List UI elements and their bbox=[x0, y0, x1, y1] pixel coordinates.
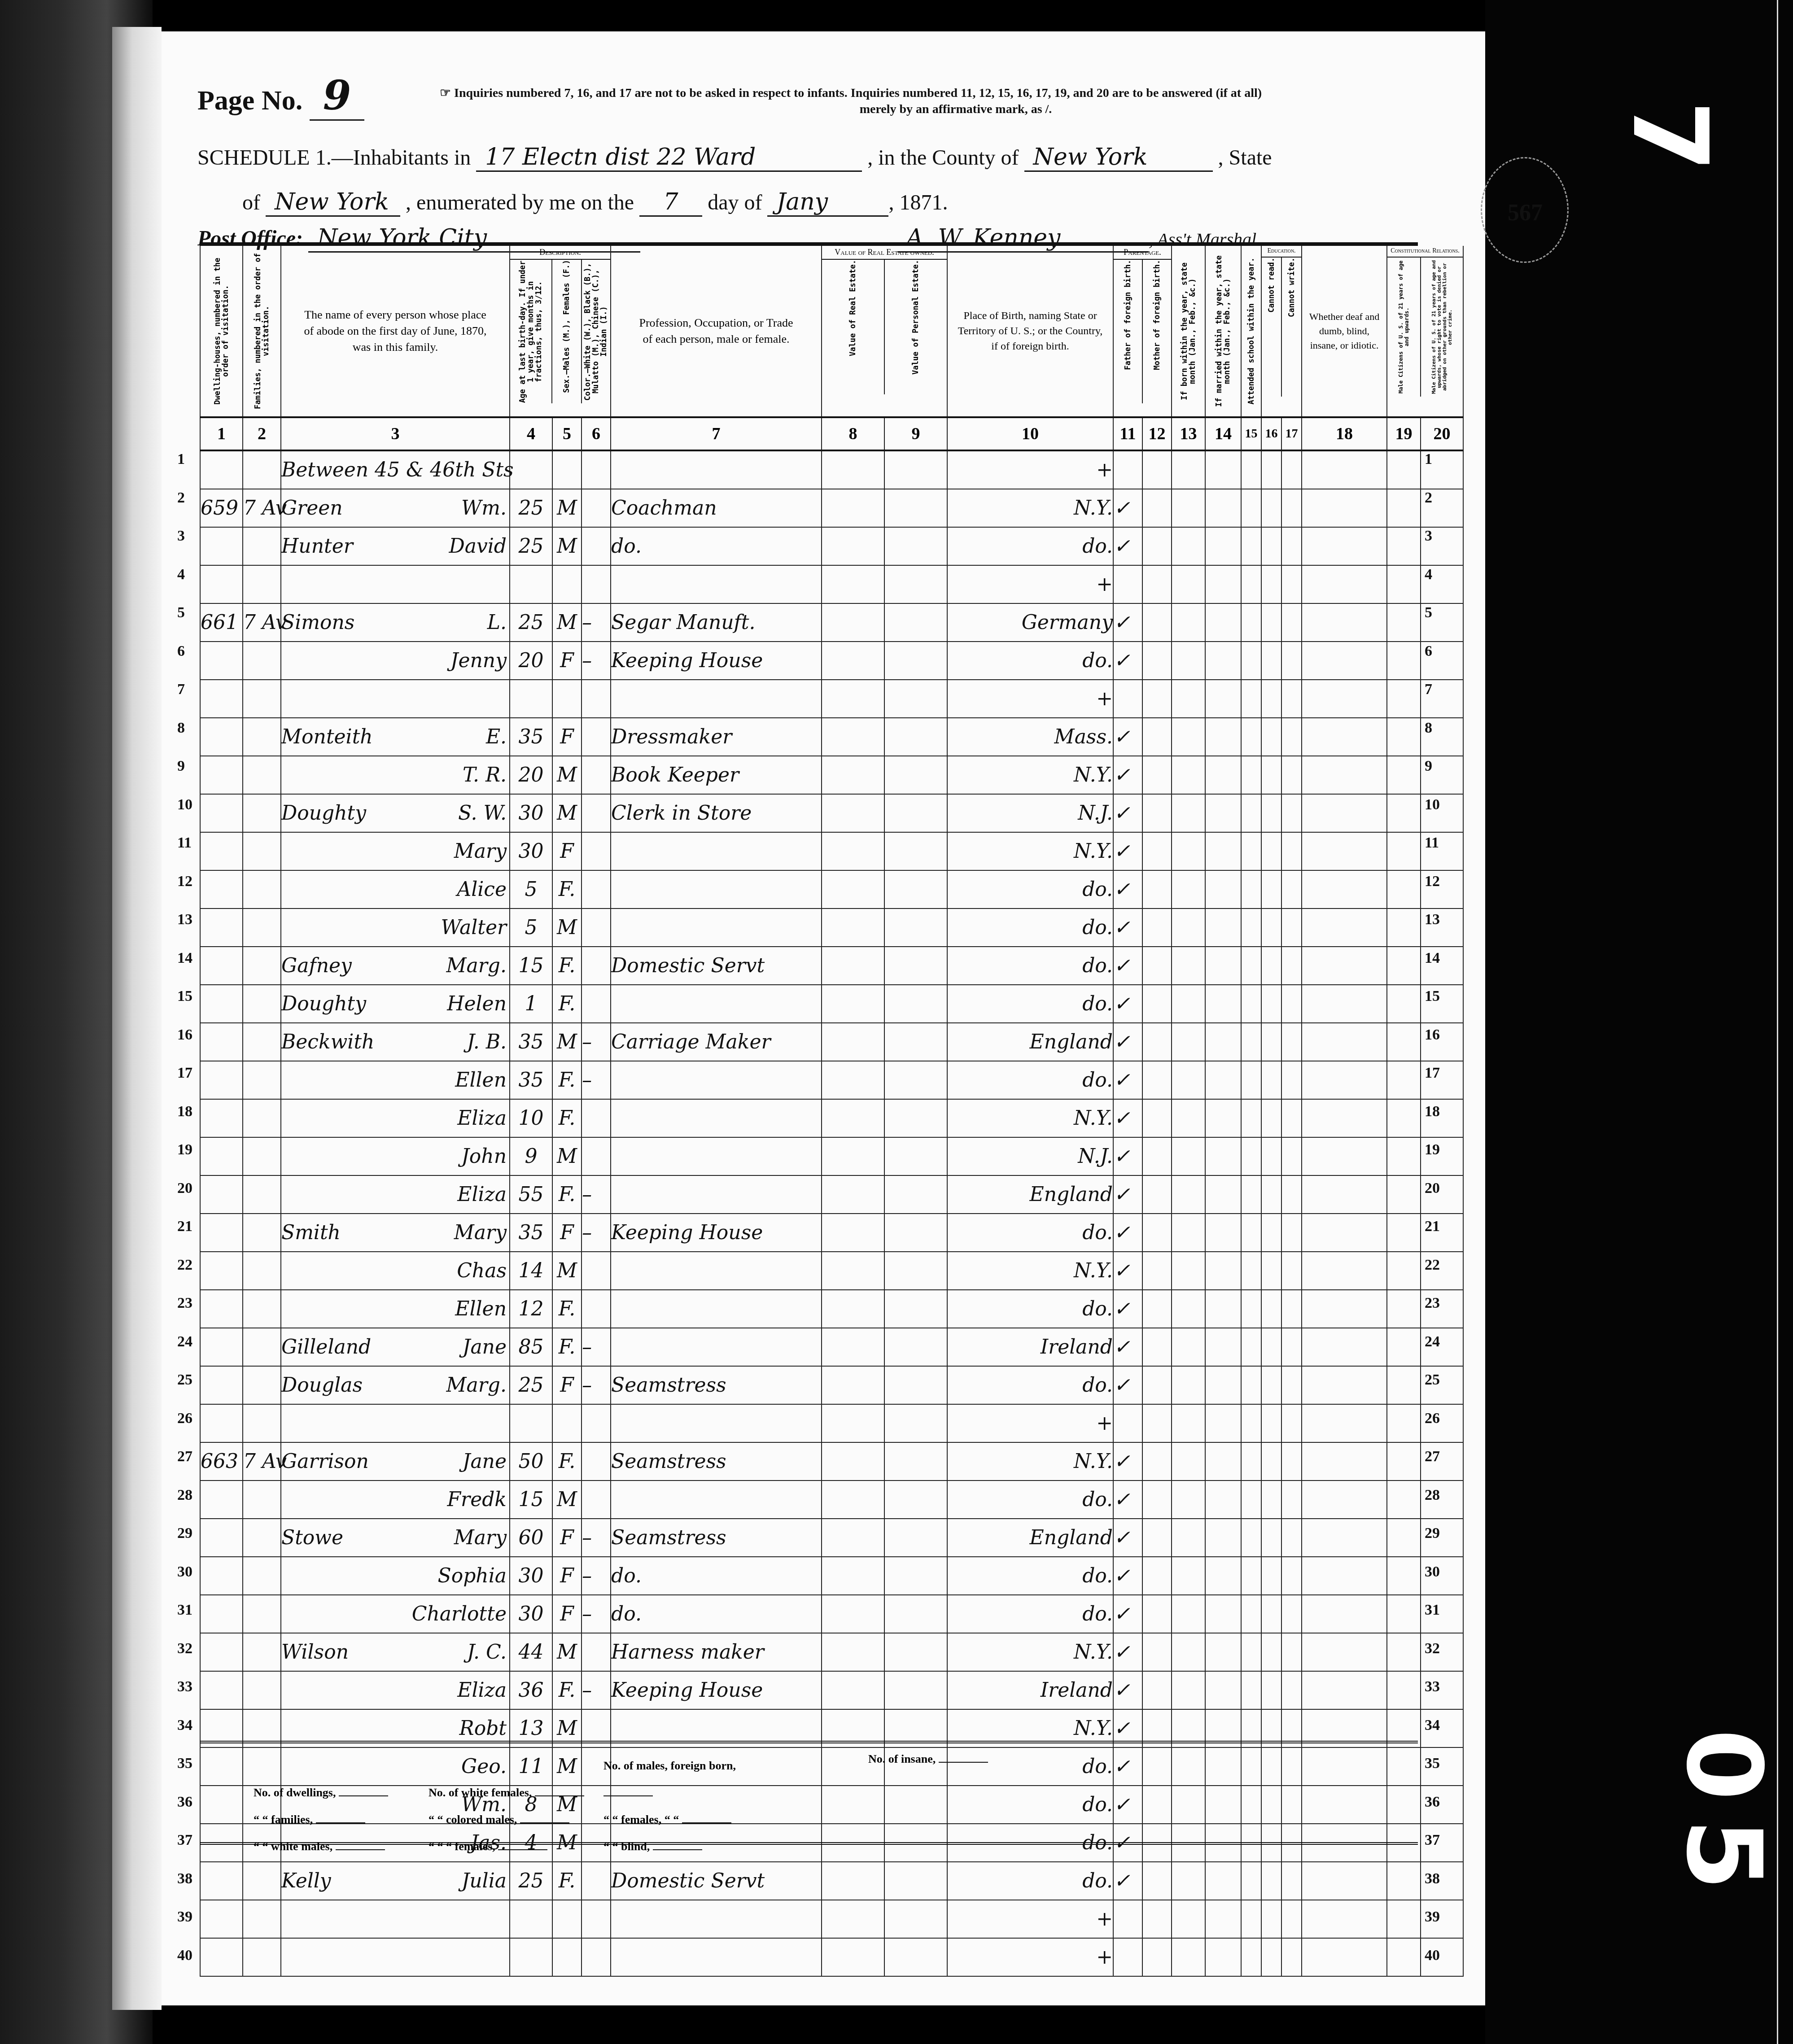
given-name: T. R. bbox=[463, 764, 509, 786]
instructions: ☞ Inquiries numbered 7, 16, and 17 are n… bbox=[440, 85, 1472, 118]
person-name-cell: JaneGarrison bbox=[281, 1442, 510, 1481]
col-header-14: If married within the year, state month … bbox=[1205, 246, 1241, 417]
line-number-left: 14 bbox=[177, 950, 192, 967]
personal-estate-value-cell bbox=[884, 489, 947, 527]
line-number-left: 33 bbox=[177, 1678, 192, 1695]
real-estate-value-cell bbox=[822, 1442, 884, 1481]
cannot-write-cell bbox=[1281, 947, 1302, 985]
born-within-year-cell bbox=[1172, 908, 1205, 947]
married-within-year-cell bbox=[1205, 1404, 1241, 1442]
census-row: Ellen35F.–do.✓ bbox=[200, 1061, 1463, 1099]
day-field: 7 bbox=[639, 188, 702, 217]
age-cell: 35 bbox=[510, 718, 552, 756]
given-name: Julia bbox=[462, 1869, 509, 1892]
occupation-cell: Domestic Servt bbox=[611, 1862, 822, 1900]
color-cell bbox=[582, 1633, 611, 1671]
given-name: Jane bbox=[463, 1450, 509, 1473]
given-name: Marg. bbox=[446, 1374, 509, 1397]
given-name: Chas bbox=[457, 1259, 509, 1282]
given-name: Eliza bbox=[457, 1107, 509, 1130]
age-cell: 30 bbox=[510, 1595, 552, 1633]
page-summary: No. of dwellings, No. of white females, … bbox=[200, 1741, 1418, 1845]
mother-foreign-cell bbox=[1142, 1671, 1172, 1709]
surname: Wilson bbox=[281, 1641, 349, 1664]
schedule-label: SCHEDULE 1.—Inhabitants in bbox=[197, 146, 471, 170]
given-name: Mary bbox=[454, 1526, 509, 1549]
line-number-right: 33 bbox=[1425, 1678, 1440, 1695]
attended-school-cell bbox=[1241, 1099, 1261, 1137]
sex-cell: F. bbox=[552, 947, 582, 985]
age-cell: 14 bbox=[510, 1252, 552, 1290]
disability-cell bbox=[1302, 450, 1387, 489]
personal-estate-value-cell bbox=[884, 603, 947, 642]
personal-estate-value-cell bbox=[884, 1595, 947, 1633]
personal-estate-value-cell bbox=[884, 1137, 947, 1175]
age-cell: 1 bbox=[510, 985, 552, 1023]
real-estate-value-cell bbox=[822, 527, 884, 565]
given-name: Ellen bbox=[455, 1297, 509, 1320]
cannot-read-cell bbox=[1261, 1938, 1281, 1976]
sex-cell: F bbox=[552, 832, 582, 870]
col-header-16: Cannot read. bbox=[1268, 258, 1276, 313]
father-foreign-cell: ✓ bbox=[1113, 1137, 1142, 1175]
family-number-cell bbox=[243, 1214, 281, 1252]
birthplace-cell: N.Y. bbox=[947, 1442, 1113, 1481]
line-number-right: 26 bbox=[1425, 1410, 1440, 1427]
sex-cell: M bbox=[552, 1137, 582, 1175]
occupation-cell: Clerk in Store bbox=[611, 794, 822, 832]
sex-cell: M bbox=[552, 1481, 582, 1519]
parentage-label: Parentage. bbox=[1114, 246, 1171, 260]
father-foreign-cell: ✓ bbox=[1113, 1633, 1142, 1671]
attended-school-cell bbox=[1241, 1938, 1261, 1976]
cannot-write-cell bbox=[1281, 1214, 1302, 1252]
occupation-cell bbox=[611, 1290, 822, 1328]
color-cell bbox=[582, 1137, 611, 1175]
mother-foreign-cell bbox=[1142, 1633, 1172, 1671]
born-within-year-cell bbox=[1172, 870, 1205, 908]
cannot-read-cell bbox=[1261, 947, 1281, 985]
line-number-left: 35 bbox=[177, 1755, 192, 1772]
line-number-left: 34 bbox=[177, 1717, 192, 1734]
sex-cell bbox=[552, 680, 582, 718]
occupation-cell: Seamstress bbox=[611, 1442, 822, 1481]
father-foreign-cell: ✓ bbox=[1113, 1175, 1142, 1214]
birthplace-cell: do. bbox=[947, 527, 1113, 565]
born-within-year-cell bbox=[1172, 718, 1205, 756]
disability-cell bbox=[1302, 489, 1387, 527]
year-field: , 1871. bbox=[888, 191, 948, 214]
color-cell: – bbox=[582, 1671, 611, 1709]
age-cell bbox=[510, 1938, 552, 1976]
family-number-cell: 7 Av bbox=[243, 603, 281, 642]
description-group: Description. Age at last birth-day. If u… bbox=[510, 246, 611, 417]
age-cell bbox=[510, 450, 552, 489]
census-row: S. W.Doughty30MClerk in StoreN.J.✓ bbox=[200, 794, 1463, 832]
line-number-right: 4 bbox=[1425, 566, 1432, 583]
census-row: John9MN.J.✓ bbox=[200, 1137, 1463, 1175]
line-number-left: 22 bbox=[177, 1257, 192, 1274]
father-foreign-cell: ✓ bbox=[1113, 527, 1142, 565]
line-number-right: 31 bbox=[1425, 1602, 1440, 1619]
birthplace-cell: do. bbox=[947, 947, 1113, 985]
real-estate-value-cell bbox=[822, 1214, 884, 1252]
male-citizen-cell bbox=[1387, 680, 1421, 718]
line-number-left: 25 bbox=[177, 1371, 192, 1389]
occupation-cell bbox=[611, 1061, 822, 1099]
person-name-cell: Mary bbox=[281, 832, 510, 870]
age-cell: 20 bbox=[510, 642, 552, 680]
cannot-read-cell bbox=[1261, 642, 1281, 680]
header-rule bbox=[200, 242, 1418, 246]
surname: Gilleland bbox=[281, 1336, 371, 1358]
mother-foreign-cell bbox=[1142, 1214, 1172, 1252]
birthplace-cell: do. bbox=[947, 908, 1113, 947]
married-within-year-cell bbox=[1205, 1595, 1241, 1633]
personal-estate-value-cell bbox=[884, 1938, 947, 1976]
married-within-year-cell bbox=[1205, 832, 1241, 870]
occupation-cell bbox=[611, 1481, 822, 1519]
father-foreign-cell: ✓ bbox=[1113, 985, 1142, 1023]
mother-foreign-cell bbox=[1142, 1900, 1172, 1938]
father-foreign-cell: ✓ bbox=[1113, 794, 1142, 832]
occupation-cell bbox=[611, 680, 822, 718]
line-number-right: 8 bbox=[1425, 720, 1432, 737]
cannot-write-cell bbox=[1281, 1252, 1302, 1290]
census-row: Jenny20F–Keeping Housedo.✓ bbox=[200, 642, 1463, 680]
previous-page-edge bbox=[112, 27, 162, 2010]
cannot-read-cell bbox=[1261, 1481, 1281, 1519]
surname: Gafney bbox=[281, 954, 352, 977]
dwelling-number-cell bbox=[200, 1900, 243, 1938]
mother-foreign-cell bbox=[1142, 1557, 1172, 1595]
age-cell bbox=[510, 680, 552, 718]
given-name: Sophia bbox=[438, 1564, 509, 1587]
dwelling-number-cell bbox=[200, 1175, 243, 1214]
cannot-write-cell bbox=[1281, 1137, 1302, 1175]
person-name-cell bbox=[281, 1938, 510, 1976]
personal-estate-value-cell bbox=[884, 1633, 947, 1671]
mother-foreign-cell bbox=[1142, 1481, 1172, 1519]
male-citizen-cell bbox=[1387, 1366, 1421, 1404]
father-foreign-cell bbox=[1113, 1938, 1142, 1976]
surname: Stowe bbox=[281, 1526, 343, 1549]
family-number-cell bbox=[243, 527, 281, 565]
line-number-right: 38 bbox=[1425, 1870, 1440, 1887]
cannot-write-cell bbox=[1281, 985, 1302, 1023]
mother-foreign-cell bbox=[1142, 1061, 1172, 1099]
mother-foreign-cell bbox=[1142, 947, 1172, 985]
male-citizen-cell bbox=[1387, 1061, 1421, 1099]
married-within-year-cell bbox=[1205, 1137, 1241, 1175]
birthplace-cell: England bbox=[947, 1023, 1113, 1061]
person-name-cell: E.Monteith bbox=[281, 718, 510, 756]
line-number-left: 3 bbox=[177, 528, 185, 545]
color-cell: – bbox=[582, 1023, 611, 1061]
disability-cell bbox=[1302, 527, 1387, 565]
line-number-left: 10 bbox=[177, 796, 192, 813]
birthplace-cell: do. bbox=[947, 985, 1113, 1023]
born-within-year-cell bbox=[1172, 1252, 1205, 1290]
line-number-left: 32 bbox=[177, 1640, 192, 1657]
married-within-year-cell bbox=[1205, 565, 1241, 603]
cannot-write-cell bbox=[1281, 1023, 1302, 1061]
male-citizen-cell bbox=[1387, 1633, 1421, 1671]
father-foreign-cell: ✓ bbox=[1113, 870, 1142, 908]
birthplace-cell: + bbox=[947, 1404, 1113, 1442]
born-within-year-cell bbox=[1172, 1404, 1205, 1442]
disability-cell bbox=[1302, 1595, 1387, 1633]
attended-school-cell bbox=[1241, 947, 1261, 985]
disability-cell bbox=[1302, 1099, 1387, 1137]
cannot-read-cell bbox=[1261, 565, 1281, 603]
born-within-year-cell bbox=[1172, 1481, 1205, 1519]
male-citizen-cell bbox=[1387, 1938, 1421, 1976]
enumerated-label: , enumerated by me on the bbox=[406, 191, 634, 214]
census-row: 6637 AvJaneGarrison50F.SeamstressN.Y.✓ bbox=[200, 1442, 1463, 1481]
age-cell bbox=[510, 1404, 552, 1442]
color-cell: – bbox=[582, 1366, 611, 1404]
county-field: New York bbox=[1024, 144, 1213, 172]
occupation-cell: Keeping House bbox=[611, 642, 822, 680]
mother-foreign-cell bbox=[1142, 1366, 1172, 1404]
sex-cell: F bbox=[552, 1214, 582, 1252]
male-citizen-cell bbox=[1387, 985, 1421, 1023]
color-cell: – bbox=[582, 642, 611, 680]
dwelling-number-cell: 663 bbox=[200, 1442, 243, 1481]
occupation-cell: Coachman bbox=[611, 489, 822, 527]
occupation-cell bbox=[611, 450, 822, 489]
occupation-cell: Keeping House bbox=[611, 1214, 822, 1252]
mother-foreign-cell bbox=[1142, 1252, 1172, 1290]
male-citizen-cell bbox=[1387, 1099, 1421, 1137]
male-citizen-cell bbox=[1387, 832, 1421, 870]
attended-school-cell bbox=[1241, 1404, 1261, 1442]
male-citizen-cell bbox=[1387, 870, 1421, 908]
married-within-year-cell bbox=[1205, 1252, 1241, 1290]
color-cell bbox=[582, 870, 611, 908]
line-number-right: 1 bbox=[1425, 451, 1432, 468]
person-name-cell: Marg.Gafney bbox=[281, 947, 510, 985]
married-within-year-cell bbox=[1205, 1290, 1241, 1328]
mother-foreign-cell bbox=[1142, 1175, 1172, 1214]
born-within-year-cell bbox=[1172, 450, 1205, 489]
mother-foreign-cell bbox=[1142, 642, 1172, 680]
cannot-read-cell bbox=[1261, 1214, 1281, 1252]
color-cell: – bbox=[582, 1519, 611, 1557]
surname: Hunter bbox=[281, 535, 353, 558]
real-estate-value-cell bbox=[822, 1366, 884, 1404]
family-number-cell bbox=[243, 1290, 281, 1328]
personal-estate-value-cell bbox=[884, 1252, 947, 1290]
born-within-year-cell bbox=[1172, 642, 1205, 680]
dwelling-number-cell bbox=[200, 680, 243, 718]
male-citizen-cell bbox=[1387, 1023, 1421, 1061]
disability-cell bbox=[1302, 1061, 1387, 1099]
personal-estate-value-cell bbox=[884, 1900, 947, 1938]
father-foreign-cell: ✓ bbox=[1113, 1290, 1142, 1328]
mother-foreign-cell bbox=[1142, 718, 1172, 756]
disability-cell bbox=[1302, 1023, 1387, 1061]
census-row: Marg.Gafney15F.Domestic Servtdo.✓ bbox=[200, 947, 1463, 985]
mother-foreign-cell bbox=[1142, 1404, 1172, 1442]
column-number-row: 123 456 789 101112 131415 161718 1920 bbox=[200, 417, 1463, 450]
age-cell: 55 bbox=[510, 1175, 552, 1214]
mother-foreign-cell bbox=[1142, 1938, 1172, 1976]
line-number-left: 38 bbox=[177, 1870, 192, 1887]
summary-insane: No. of insane, bbox=[868, 1752, 988, 1766]
color-cell: – bbox=[582, 1214, 611, 1252]
cannot-write-cell bbox=[1281, 794, 1302, 832]
attended-school-cell bbox=[1241, 1328, 1261, 1366]
person-name-cell: J. B.Beckwith bbox=[281, 1023, 510, 1061]
mother-foreign-cell bbox=[1142, 1290, 1172, 1328]
cannot-read-cell bbox=[1261, 1061, 1281, 1099]
person-name-cell: Charlotte bbox=[281, 1595, 510, 1633]
line-number-left: 40 bbox=[177, 1947, 192, 1964]
cannot-read-cell bbox=[1261, 756, 1281, 794]
father-foreign-cell: ✓ bbox=[1113, 1099, 1142, 1137]
color-cell bbox=[582, 450, 611, 489]
line-number-right: 28 bbox=[1425, 1487, 1440, 1504]
surname: Green bbox=[281, 497, 343, 520]
line-number-left: 4 bbox=[177, 566, 185, 583]
personal-estate-value-cell bbox=[884, 1366, 947, 1404]
dwelling-number-cell bbox=[200, 527, 243, 565]
line-number-left: 9 bbox=[177, 758, 185, 775]
col-header-6: Color.—White (W.), Black (B.), Mulatto (… bbox=[584, 260, 608, 403]
male-citizen-cell bbox=[1387, 1137, 1421, 1175]
surname: Kelly bbox=[281, 1869, 331, 1892]
line-number-left: 23 bbox=[177, 1295, 192, 1312]
cannot-read-cell bbox=[1261, 1519, 1281, 1557]
mother-foreign-cell bbox=[1142, 603, 1172, 642]
summary-counts: No. of dwellings, No. of white females, … bbox=[254, 1752, 778, 1860]
dwelling-number-cell bbox=[200, 947, 243, 985]
dwelling-number-cell bbox=[200, 1404, 243, 1442]
male-citizen-cell bbox=[1387, 1481, 1421, 1519]
given-name: Marg. bbox=[446, 954, 509, 977]
sex-cell: F. bbox=[552, 1671, 582, 1709]
disability-cell bbox=[1302, 794, 1387, 832]
father-foreign-cell bbox=[1113, 680, 1142, 718]
born-within-year-cell bbox=[1172, 1442, 1205, 1481]
col-header-20: Male Citizens of U. S. of 21 years of ag… bbox=[1431, 258, 1453, 397]
color-cell bbox=[582, 1900, 611, 1938]
cannot-read-cell bbox=[1261, 1557, 1281, 1595]
census-table-wrap: Dwelling-houses, numbered in the order o… bbox=[200, 242, 1418, 1977]
cannot-write-cell bbox=[1281, 1404, 1302, 1442]
mother-foreign-cell bbox=[1142, 794, 1172, 832]
line-number-right: 16 bbox=[1425, 1026, 1440, 1044]
person-name-cell: Ellen bbox=[281, 1290, 510, 1328]
age-cell: 35 bbox=[510, 1214, 552, 1252]
age-cell: 25 bbox=[510, 489, 552, 527]
dwelling-number-cell bbox=[200, 642, 243, 680]
male-citizen-cell bbox=[1387, 1595, 1421, 1633]
birthplace-cell: do. bbox=[947, 1557, 1113, 1595]
personal-estate-value-cell bbox=[884, 1481, 947, 1519]
age-cell: 85 bbox=[510, 1328, 552, 1366]
dwelling-number-cell bbox=[200, 908, 243, 947]
page-number: 9 bbox=[310, 72, 365, 121]
father-foreign-cell: ✓ bbox=[1113, 718, 1142, 756]
dwelling-number-cell: 659 bbox=[200, 489, 243, 527]
line-number-right: 20 bbox=[1425, 1180, 1440, 1197]
personal-estate-value-cell bbox=[884, 1099, 947, 1137]
attended-school-cell bbox=[1241, 1862, 1261, 1900]
disability-cell bbox=[1302, 1252, 1387, 1290]
real-estate-value-cell bbox=[822, 870, 884, 908]
mother-foreign-cell bbox=[1142, 1137, 1172, 1175]
census-row: Ellen12F.do.✓ bbox=[200, 1290, 1463, 1328]
disability-cell bbox=[1302, 1442, 1387, 1481]
married-within-year-cell bbox=[1205, 908, 1241, 947]
given-name: Mary bbox=[454, 840, 509, 863]
disability-cell bbox=[1302, 1557, 1387, 1595]
real-estate-value-cell bbox=[822, 1671, 884, 1709]
line-number-left: 31 bbox=[177, 1602, 192, 1619]
age-cell: 44 bbox=[510, 1633, 552, 1671]
sex-cell bbox=[552, 1404, 582, 1442]
line-number-right: 5 bbox=[1425, 604, 1432, 621]
attended-school-cell bbox=[1241, 1214, 1261, 1252]
person-name-cell: J. C.Wilson bbox=[281, 1633, 510, 1671]
disability-cell bbox=[1302, 680, 1387, 718]
personal-estate-value-cell bbox=[884, 565, 947, 603]
attended-school-cell bbox=[1241, 642, 1261, 680]
line-number-right: 3 bbox=[1425, 528, 1432, 545]
attended-school-cell bbox=[1241, 794, 1261, 832]
person-name-cell: MaryStowe bbox=[281, 1519, 510, 1557]
male-citizen-cell bbox=[1387, 1175, 1421, 1214]
male-citizen-cell bbox=[1387, 947, 1421, 985]
dwelling-number-cell bbox=[200, 1061, 243, 1099]
given-name: Eliza bbox=[457, 1679, 509, 1702]
personal-estate-value-cell bbox=[884, 1214, 947, 1252]
given-name: Robt bbox=[459, 1717, 509, 1740]
attended-school-cell bbox=[1241, 985, 1261, 1023]
person-name-cell: Jenny bbox=[281, 642, 510, 680]
real-estate-value-cell bbox=[822, 1938, 884, 1976]
line-number-right: 24 bbox=[1425, 1333, 1440, 1350]
line-number-left: 37 bbox=[177, 1832, 192, 1849]
census-row: 6597 AvWm.Green25MCoachmanN.Y.✓ bbox=[200, 489, 1463, 527]
birthplace-cell: England bbox=[947, 1519, 1113, 1557]
district-field: 17 Electn dist 22 Ward bbox=[476, 144, 862, 172]
father-foreign-cell: ✓ bbox=[1113, 1442, 1142, 1481]
census-row: 6617 AvL.Simons25M–Segar Manuft.Germany✓ bbox=[200, 603, 1463, 642]
attended-school-cell bbox=[1241, 489, 1261, 527]
census-row: Between 45 & 46th Sts+ bbox=[200, 450, 1463, 489]
personal-estate-value-cell bbox=[884, 756, 947, 794]
line-number-left: 30 bbox=[177, 1564, 192, 1581]
born-within-year-cell bbox=[1172, 1595, 1205, 1633]
disability-cell bbox=[1302, 1633, 1387, 1671]
census-row: Eliza36F.–Keeping HouseIreland✓ bbox=[200, 1671, 1463, 1709]
family-number-cell bbox=[243, 642, 281, 680]
mother-foreign-cell bbox=[1142, 1023, 1172, 1061]
mother-foreign-cell bbox=[1142, 527, 1172, 565]
male-citizen-cell bbox=[1387, 603, 1421, 642]
line-number-right: 32 bbox=[1425, 1640, 1440, 1657]
married-within-year-cell bbox=[1205, 1061, 1241, 1099]
real-estate-value-cell bbox=[822, 908, 884, 947]
person-name-cell: JuliaKelly bbox=[281, 1862, 510, 1900]
cannot-write-cell bbox=[1281, 565, 1302, 603]
personal-estate-value-cell bbox=[884, 1061, 947, 1099]
attended-school-cell bbox=[1241, 1061, 1261, 1099]
